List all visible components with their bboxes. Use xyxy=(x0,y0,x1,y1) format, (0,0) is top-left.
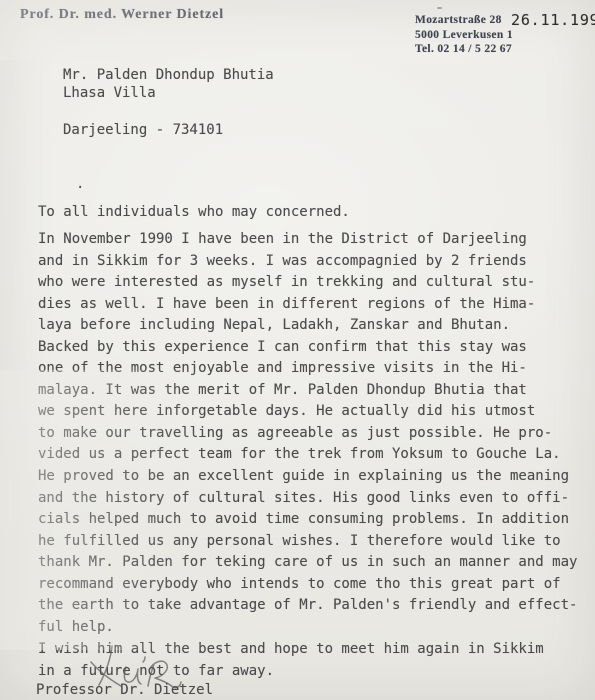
letter-line: cials helped much to avoid time consumin… xyxy=(38,509,577,531)
letter-line: and in Sikkim for 3 weeks. I was accompa… xyxy=(38,251,577,273)
letter-line: we spent here inforgetable days. He actu… xyxy=(38,401,577,423)
letter-line: vided us a perfect team for the trek fro… xyxy=(38,444,577,466)
letter-line: thank Mr. Palden for teking care of us i… xyxy=(38,552,577,574)
letterhead-address-block: Mozartstraße 28 5000 Leverkusen 1 Tel. 0… xyxy=(415,13,513,57)
letter-line: ful help. xyxy=(38,617,577,639)
letter-line: he fulfilled us any personal wishes. I t… xyxy=(38,531,577,553)
letter-line xyxy=(63,103,274,121)
letter-line: Backed by this experience I can confirm … xyxy=(38,337,577,359)
scan-speck xyxy=(437,7,442,9)
letter-line: dies as well. I have been in different r… xyxy=(38,294,577,316)
letterhead-phone: Tel. 02 14 / 5 22 67 xyxy=(415,42,513,57)
letter-line: Mr. Palden Dhondup Bhutia xyxy=(63,66,274,84)
recipient-address-block: Mr. Palden Dhondup BhutiaLhasa Villa Dar… xyxy=(63,66,274,140)
letter-line: and the history of cultural sites. His g… xyxy=(38,488,577,510)
letterhead-sender-name: Prof. Dr. med. Werner Dietzel xyxy=(20,7,224,23)
body-paragraph-1: In November 1990 I have been in the Dist… xyxy=(38,229,577,638)
letter-page: Prof. Dr. med. Werner Dietzel Mozartstra… xyxy=(0,0,595,700)
signature-printed-name: Professor Dr. Dietzel xyxy=(36,682,213,698)
letter-line: the earth to take advantage of Mr. Palde… xyxy=(38,595,577,617)
letter-line: who were interested as myself in trekkin… xyxy=(38,272,577,294)
salutation-line: To all individuals who may concerned. xyxy=(38,204,350,220)
letterhead-city: 5000 Leverkusen 1 xyxy=(415,28,513,43)
letter-date: 26.11.1990 xyxy=(511,11,595,29)
letter-line: to make our travelling as agreeable as j… xyxy=(38,423,577,445)
letter-line: one of the most enjoyable and impressive… xyxy=(38,358,577,380)
letter-line: laya before including Nepal, Ladakh, Zan… xyxy=(38,315,577,337)
stray-period-mark: . xyxy=(76,176,84,192)
letter-line: Lhasa Villa xyxy=(63,84,274,102)
letter-line: In November 1990 I have been in the Dist… xyxy=(38,229,577,251)
letterhead-street: Mozartstraße 28 xyxy=(415,13,513,28)
letter-line: He proved to be an excellent guide in ex… xyxy=(38,466,577,488)
letter-line: malaya. It was the merit of Mr. Palden D… xyxy=(38,380,577,402)
letter-line: recommand everybody who intends to come … xyxy=(38,574,577,596)
letter-line: Darjeeling - 734101 xyxy=(63,121,274,139)
